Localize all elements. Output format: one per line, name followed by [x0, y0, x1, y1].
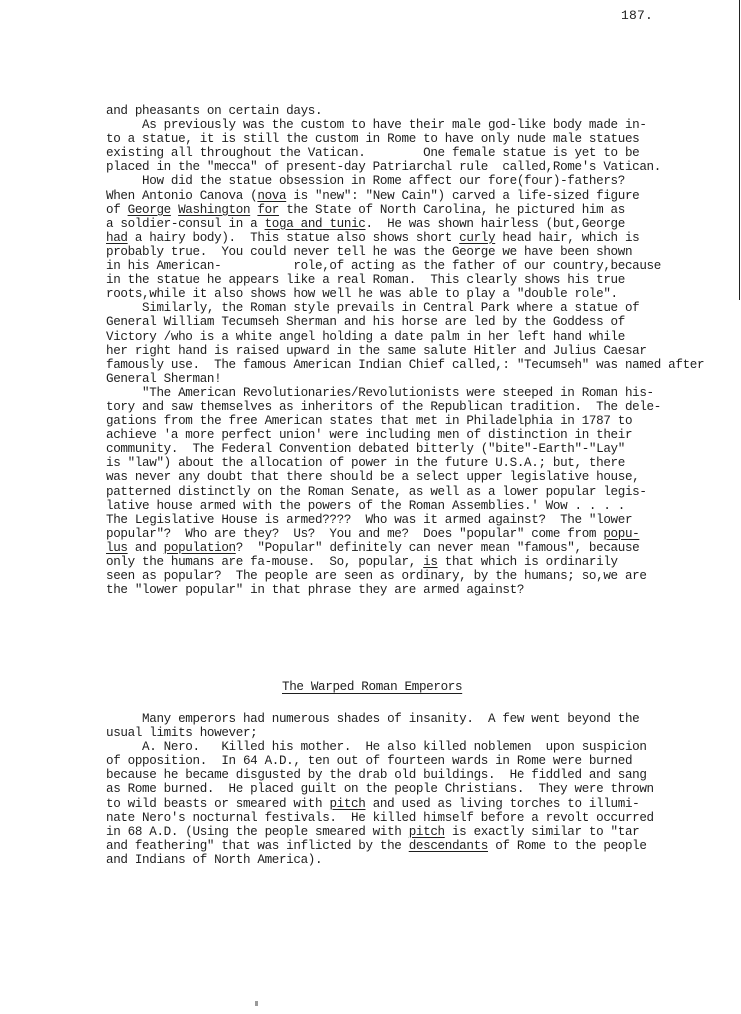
underlined-word: toga and tunic: [265, 217, 366, 231]
text-segment: existing all throughout the Vatican. One…: [106, 146, 639, 160]
text-segment: in 68 A.D. (Using the people smeared wit…: [106, 825, 409, 839]
text-segment: probably true. You could never tell he w…: [106, 245, 632, 259]
body-text-section-2: Many emperors had numerous shades of ins…: [106, 712, 706, 867]
underlined-word: curly: [459, 231, 495, 245]
underlined-word: descendants: [409, 839, 488, 853]
text-line: the "lower popular" in that phrase they …: [106, 583, 706, 597]
text-line: Similarly, the Roman style prevails in C…: [106, 301, 706, 315]
text-segment: . He was shown hairless (but,George: [365, 217, 624, 231]
text-line: a soldier-consul in a toga and tunic. He…: [106, 217, 706, 231]
text-segment: famously use. The famous American Indian…: [106, 358, 704, 372]
text-segment: How did the statue obsession in Rome aff…: [106, 174, 625, 188]
text-segment: was never any doubt that there should be…: [106, 470, 639, 484]
text-line: of opposition. In 64 A.D., ten out of fo…: [106, 754, 706, 768]
text-segment: and pheasants on certain days.: [106, 104, 322, 118]
text-segment: usual limits however;: [106, 726, 257, 740]
text-segment: patterned distinctly on the Roman Senate…: [106, 485, 647, 499]
text-segment: achieve 'a more perfect union' were incl…: [106, 428, 632, 442]
text-segment: Victory /who is a white angel holding a …: [106, 330, 625, 344]
text-segment: is "law") about the allocation of power …: [106, 456, 625, 470]
text-segment: tory and saw themselves as inheritors of…: [106, 400, 661, 414]
text-line: "The American Revolutionaries/Revolution…: [106, 386, 706, 400]
text-segment: [171, 203, 178, 217]
text-line: How did the statue obsession in Rome aff…: [106, 174, 706, 188]
text-line: nate Nero's nocturnal festivals. He kill…: [106, 811, 706, 825]
text-segment: a soldier-consul in a: [106, 217, 265, 231]
underlined-word: pitch: [329, 797, 365, 811]
underlined-word: popu-: [603, 527, 639, 541]
text-segment: popular"? Who are they? Us? You and me? …: [106, 527, 603, 541]
text-segment: a hairy body). This statue also shows sh…: [128, 231, 460, 245]
text-line: lative house armed with the powers of th…: [106, 499, 706, 513]
scan-edge-line: [739, 0, 740, 300]
text-line: As previously was the custom to have the…: [106, 118, 706, 132]
text-segment: the State of North Carolina, he pictured…: [279, 203, 625, 217]
body-text-section-1: and pheasants on certain days. As previo…: [106, 104, 706, 597]
text-line: When Antonio Canova (nova is "new": "New…: [106, 189, 706, 203]
text-line: roots,while it also shows how well he wa…: [106, 287, 706, 301]
text-line: popular"? Who are they? Us? You and me? …: [106, 527, 706, 541]
scan-speck: [255, 1001, 258, 1006]
text-line: seen as popular? The people are seen as …: [106, 569, 706, 583]
text-line: her right hand is raised upward in the s…: [106, 344, 706, 358]
text-line: only the humans are fa-mouse. So, popula…: [106, 555, 706, 569]
text-segment: because he became disgusted by the drab …: [106, 768, 647, 782]
text-line: and feathering" that was inflicted by th…: [106, 839, 706, 853]
underlined-word: population: [164, 541, 236, 555]
text-line: existing all throughout the Vatican. One…: [106, 146, 706, 160]
text-segment: to wild beasts or smeared with: [106, 797, 329, 811]
text-line: lus and population? "Popular" definitely…: [106, 541, 706, 555]
text-line: A. Nero. Killed his mother. He also kill…: [106, 740, 706, 754]
text-segment: in his American- role,of acting as the f…: [106, 259, 661, 273]
text-line: Many emperors had numerous shades of ins…: [106, 712, 706, 726]
text-segment: her right hand is raised upward in the s…: [106, 344, 647, 358]
text-line: in the statue he appears like a real Rom…: [106, 273, 706, 287]
text-segment: only the humans are fa-mouse. So, popula…: [106, 555, 423, 569]
text-line: General Sherman!: [106, 372, 706, 386]
text-line: placed in the "mecca" of present-day Pat…: [106, 160, 706, 174]
text-line: General William Tecumseh Sherman and his…: [106, 315, 706, 329]
text-line: of George Washington for the State of No…: [106, 203, 706, 217]
text-segment: seen as popular? The people are seen as …: [106, 569, 647, 583]
text-segment: head hair, which is: [495, 231, 639, 245]
underlined-word: Washington: [178, 203, 250, 217]
text-segment: and used as living torches to illumi-: [365, 797, 639, 811]
section-heading: The Warped Roman Emperors: [282, 680, 462, 694]
underlined-word: is: [423, 555, 437, 569]
underlined-word: had: [106, 231, 128, 245]
text-line: famously use. The famous American Indian…: [106, 358, 706, 372]
text-line: had a hairy body). This statue also show…: [106, 231, 706, 245]
text-segment: roots,while it also shows how well he wa…: [106, 287, 618, 301]
underlined-word: George: [128, 203, 171, 217]
text-segment: of opposition. In 64 A.D., ten out of fo…: [106, 754, 632, 768]
text-line: as Rome burned. He placed guilt on the p…: [106, 782, 706, 796]
text-line: is "law") about the allocation of power …: [106, 456, 706, 470]
text-segment: "The American Revolutionaries/Revolution…: [106, 386, 654, 400]
underlined-word: pitch: [409, 825, 445, 839]
text-segment: community. The Federal Convention debate…: [106, 442, 625, 456]
text-segment: to a statue, it is still the custom in R…: [106, 132, 639, 146]
text-line: achieve 'a more perfect union' were incl…: [106, 428, 706, 442]
text-line: and Indians of North America).: [106, 853, 706, 867]
text-segment: ? "Popular" definitely can never mean "f…: [236, 541, 640, 555]
text-line: The Legislative House is armed???? Who w…: [106, 513, 706, 527]
text-segment: and feathering" that was inflicted by th…: [106, 839, 409, 853]
text-line: usual limits however;: [106, 726, 706, 740]
underlined-word: lus: [106, 541, 128, 555]
text-segment: As previously was the custom to have the…: [106, 118, 647, 132]
text-segment: gations from the free American states th…: [106, 414, 632, 428]
text-segment: and Indians of North America).: [106, 853, 322, 867]
text-line: Victory /who is a white angel holding a …: [106, 330, 706, 344]
text-line: tory and saw themselves as inheritors of…: [106, 400, 706, 414]
text-segment: The Legislative House is armed???? Who w…: [106, 513, 632, 527]
text-segment: of: [106, 203, 128, 217]
text-line: gations from the free American states th…: [106, 414, 706, 428]
text-line: because he became disgusted by the drab …: [106, 768, 706, 782]
text-segment: General Sherman!: [106, 372, 221, 386]
text-segment: lative house armed with the powers of th…: [106, 499, 625, 513]
text-segment: Similarly, the Roman style prevails in C…: [106, 301, 639, 315]
text-line: probably true. You could never tell he w…: [106, 245, 706, 259]
text-segment: nate Nero's nocturnal festivals. He kill…: [106, 811, 654, 825]
text-line: to a statue, it is still the custom in R…: [106, 132, 706, 146]
text-segment: A. Nero. Killed his mother. He also kill…: [106, 740, 647, 754]
text-segment: in the statue he appears like a real Rom…: [106, 273, 625, 287]
text-segment: the "lower popular" in that phrase they …: [106, 583, 524, 597]
text-segment: General William Tecumseh Sherman and his…: [106, 315, 625, 329]
underlined-word: nova: [257, 189, 286, 203]
text-line: and pheasants on certain days.: [106, 104, 706, 118]
text-line: was never any doubt that there should be…: [106, 470, 706, 484]
text-segment: and: [128, 541, 164, 555]
text-segment: placed in the "mecca" of present-day Pat…: [106, 160, 661, 174]
text-segment: that which is ordinarily: [438, 555, 618, 569]
text-line: to wild beasts or smeared with pitch and…: [106, 797, 706, 811]
text-segment: When Antonio Canova (: [106, 189, 257, 203]
text-segment: Many emperors had numerous shades of ins…: [106, 712, 639, 726]
text-line: in his American- role,of acting as the f…: [106, 259, 706, 273]
text-segment: is "new": "New Cain") carved a life-size…: [286, 189, 639, 203]
text-segment: of Rome to the people: [488, 839, 647, 853]
underlined-word: for: [257, 203, 279, 217]
text-line: community. The Federal Convention debate…: [106, 442, 706, 456]
page-number: 187.: [621, 8, 653, 23]
text-line: in 68 A.D. (Using the people smeared wit…: [106, 825, 706, 839]
text-segment: as Rome burned. He placed guilt on the p…: [106, 782, 654, 796]
text-line: patterned distinctly on the Roman Senate…: [106, 485, 706, 499]
text-segment: is exactly similar to "tar: [445, 825, 640, 839]
